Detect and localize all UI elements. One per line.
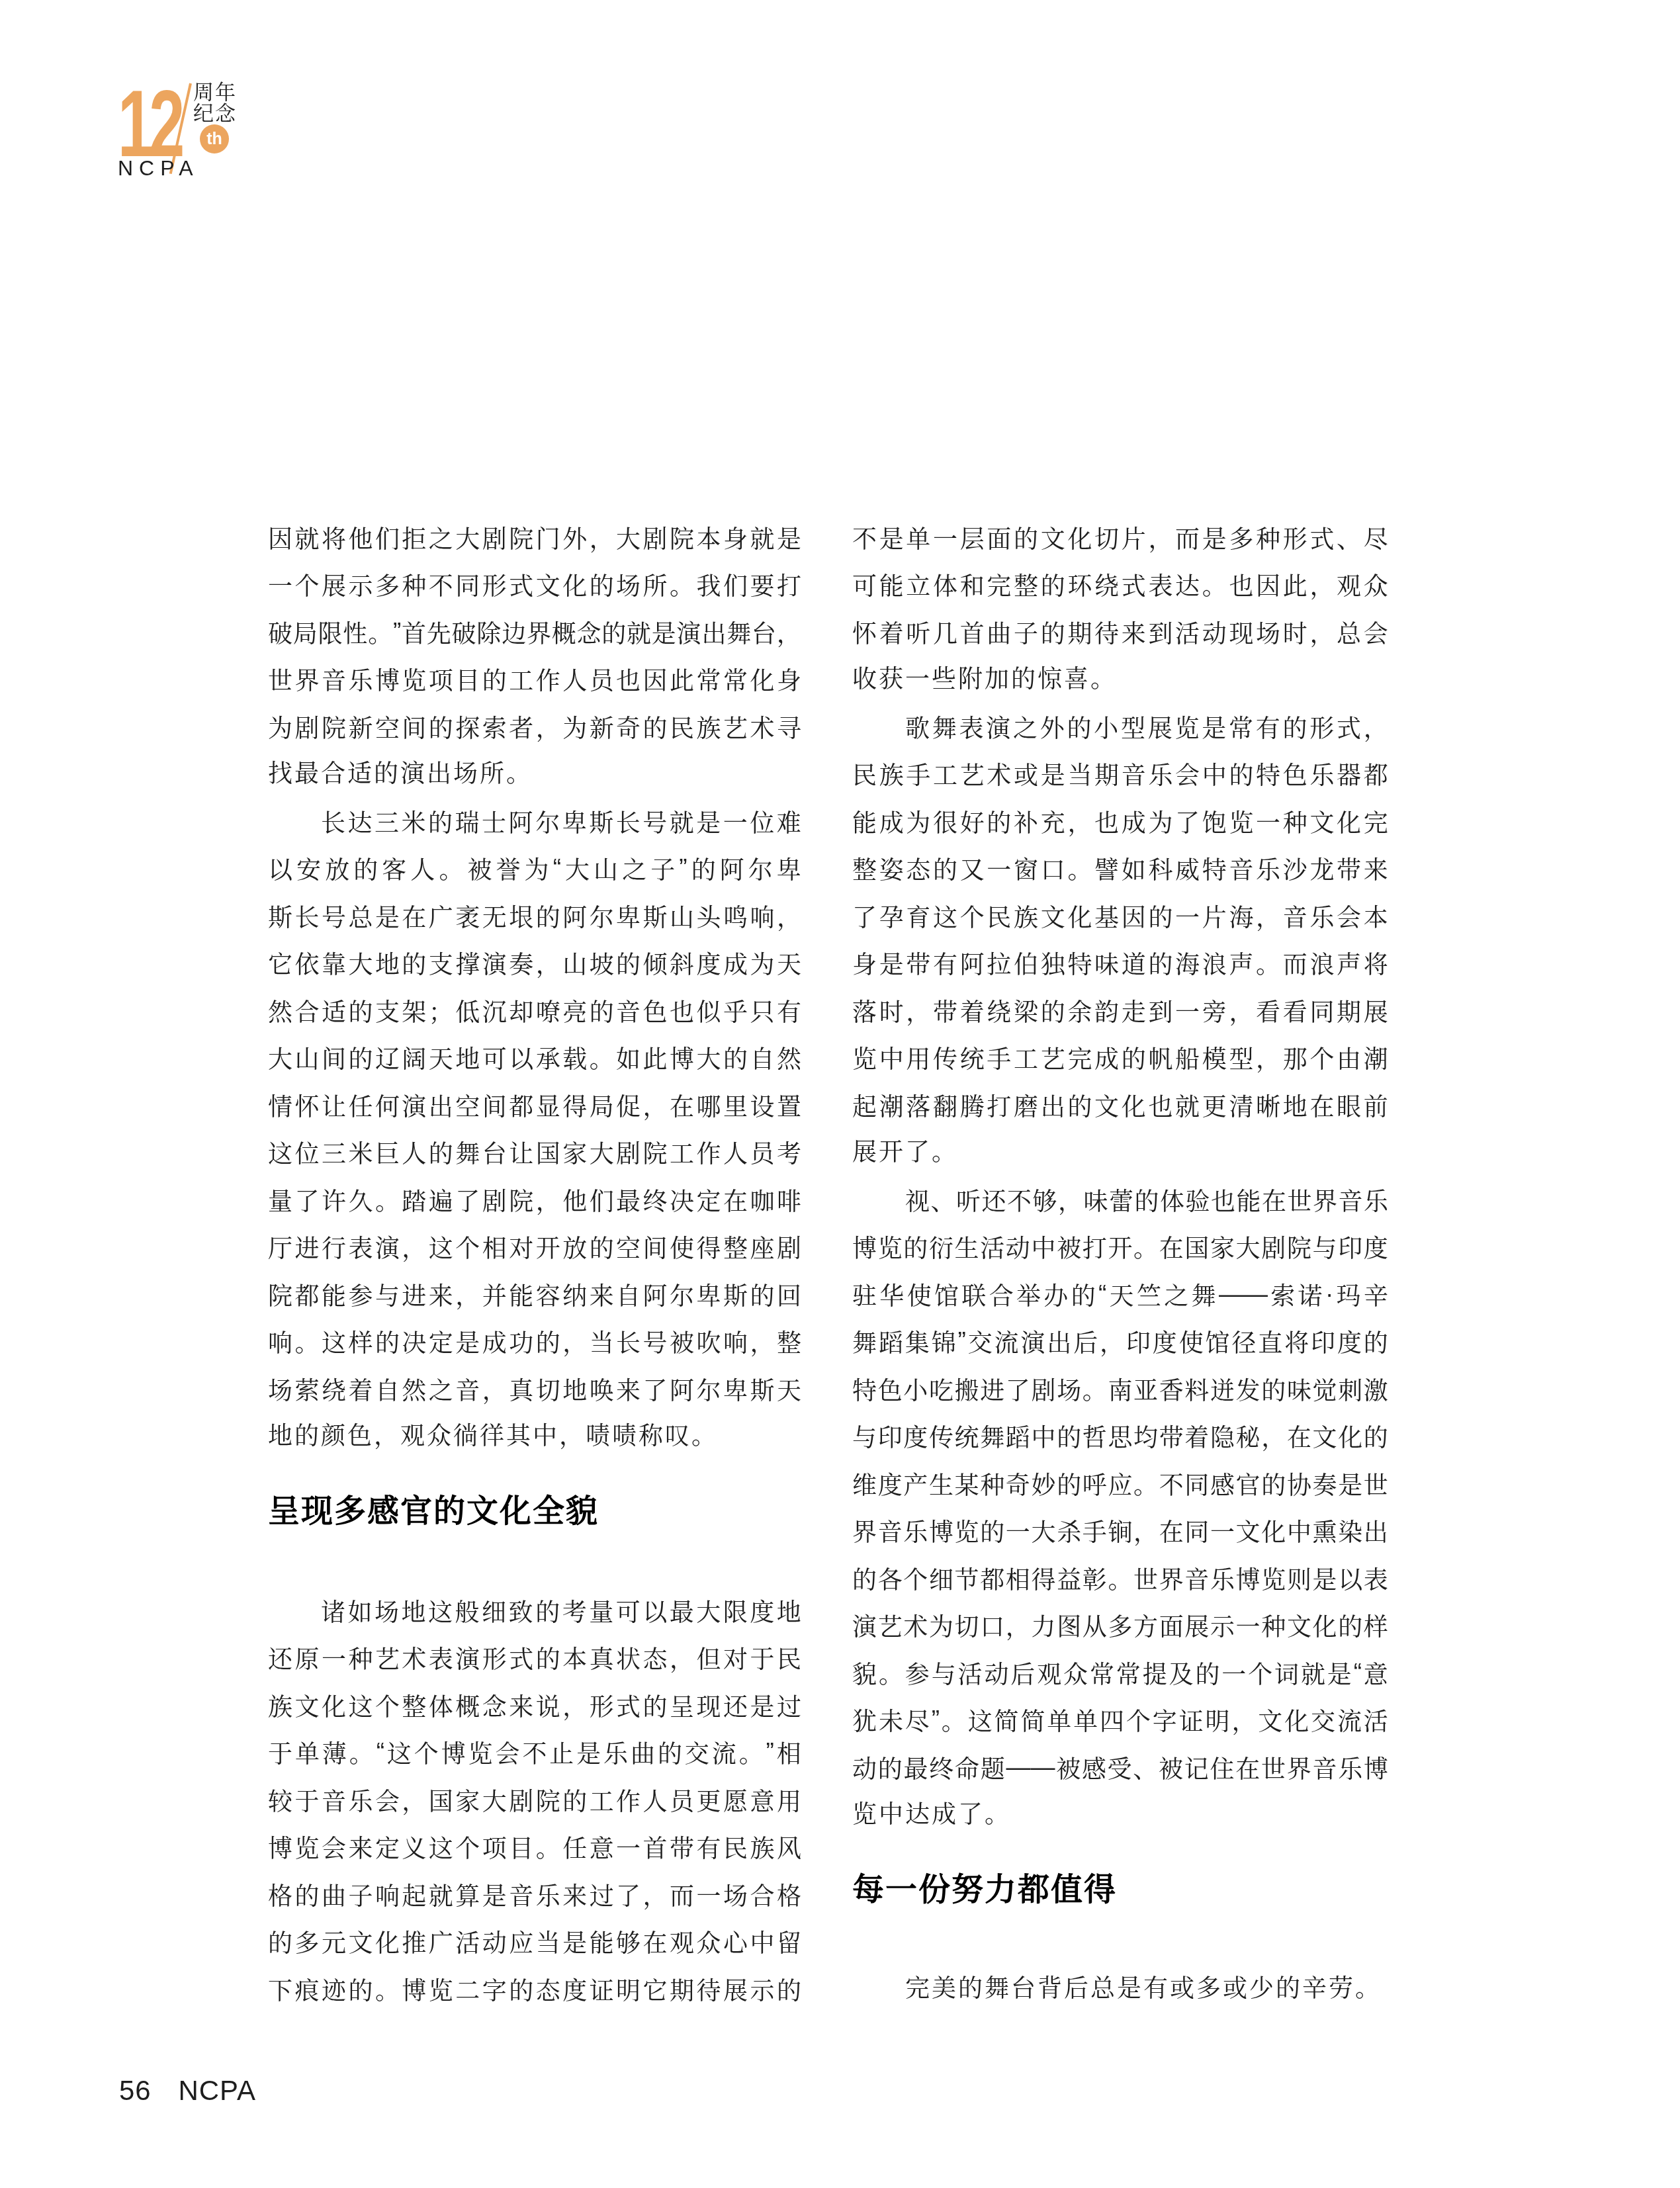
text-line: 览中达成了。 bbox=[852, 1791, 1388, 1839]
text-line: 视、听还不够，味蕾的体验也能在世界音乐 bbox=[852, 1176, 1388, 1223]
left-column: 因就将他们拒之大剧院门外，大剧院本身就是一个展示多种不同形式文化的场所。我们要打… bbox=[268, 513, 801, 2013]
text-line: 驻华使馆联合举办的“天竺之舞——索诺·玛辛 bbox=[852, 1270, 1388, 1318]
text-line: 舞蹈集锦”交流演出后，印度使馆径直将印度的 bbox=[852, 1318, 1388, 1366]
text-line: 大山间的辽阔天地可以承载。如此博大的自然 bbox=[268, 1034, 801, 1082]
text-line: 整姿态的又一窗口。譬如科威特音乐沙龙带来 bbox=[852, 845, 1388, 893]
text-line: 收获一些附加的惊喜。 bbox=[852, 656, 1388, 703]
text-line: 下痕迹的。博览二字的态度证明它期待展示的 bbox=[268, 1965, 801, 2013]
text-line: 博览的衍生活动中被打开。在国家大剧院与印度 bbox=[852, 1223, 1388, 1271]
text-line: 博览会来定义这个项目。任意一首带有民族风 bbox=[268, 1823, 801, 1871]
text-line: 这位三米巨人的舞台让国家大剧院工作人员考 bbox=[268, 1129, 801, 1176]
text-line: 于单薄。“这个博览会不止是乐曲的交流。”相 bbox=[268, 1729, 801, 1776]
text-line: 地的颜色，观众徜徉其中，啧啧称叹。 bbox=[268, 1413, 801, 1460]
text-line: 怀着听几首曲子的期待来到活动现场时，总会 bbox=[852, 608, 1388, 656]
text-line: 然合适的支架；低沉却嘹亮的音色也似乎只有 bbox=[268, 986, 801, 1034]
text-line: 落时，带着绕梁的余韵走到一旁，看看同期展 bbox=[852, 986, 1388, 1034]
text-line: 犹未尽”。这简简单单四个字证明，文化交流活 bbox=[852, 1696, 1388, 1744]
text-line: 特色小吃搬进了剧场。南亚香料迸发的味觉刺激 bbox=[852, 1365, 1388, 1413]
text-line: 动的最终命题——被感受、被记住在世界音乐博 bbox=[852, 1743, 1388, 1791]
text-line: 演艺术为切口，力图从多方面展示一种文化的样 bbox=[852, 1602, 1388, 1649]
anniversary-line-1: 周年 bbox=[193, 82, 237, 103]
text-line: 量了许久。踏遍了剧院，他们最终决定在咖啡 bbox=[268, 1176, 801, 1223]
text-line: 身是带有阿拉伯独特味道的海浪声。而浪声将 bbox=[852, 940, 1388, 987]
text-line: 能成为很好的补充，也成为了饱览一种文化完 bbox=[852, 797, 1388, 845]
text-line: 可能立体和完整的环绕式表达。也因此，观众 bbox=[852, 561, 1388, 609]
text-line: 起潮落翻腾打磨出的文化也就更清晰地在眼前 bbox=[852, 1081, 1388, 1129]
logo-th-badge: th bbox=[200, 124, 229, 153]
text-line: 为剧院新空间的探索者，为新奇的民族艺术寻 bbox=[268, 703, 801, 750]
page-number: 56 bbox=[119, 2075, 152, 2106]
text-line: 较于音乐会，国家大剧院的工作人员更愿意用 bbox=[268, 1776, 801, 1823]
text-line: 不是单一层面的文化切片，而是多种形式、尽 bbox=[852, 513, 1388, 561]
text-line: 的多元文化推广活动应当是能够在观众心中留 bbox=[268, 1918, 801, 1966]
text-line: 诸如场地这般细致的考量可以最大限度地 bbox=[268, 1587, 801, 1634]
text-line: 找最合适的演出场所。 bbox=[268, 750, 801, 798]
text-line: 院都能参与进来，并能容纳来自阿尔卑斯的回 bbox=[268, 1270, 801, 1318]
text-line: 场萦绕着自然之音，真切地唤来了阿尔卑斯天 bbox=[268, 1365, 801, 1413]
magazine-page: 12 周年 纪念 th NCPA 因就将他们拒之大剧院门外，大剧院本身就是一个展… bbox=[0, 0, 1680, 2188]
text-line: 斯长号总是在广袤无垠的阿尔卑斯山头鸣响， bbox=[268, 892, 801, 940]
text-line: 格的曲子响起就算是音乐来过了，而一场合格 bbox=[268, 1870, 801, 1918]
text-line: 的各个细节都相得益彰。世界音乐博览则是以表 bbox=[852, 1554, 1388, 1602]
ncpa-logo: 12 周年 纪念 th NCPA bbox=[118, 81, 283, 200]
text-line: 世界音乐博览项目的工作人员也因此常常化身 bbox=[268, 656, 801, 703]
th-label: th bbox=[206, 130, 222, 149]
text-line: 貌。参与活动后观众常常提及的一个词就是“意 bbox=[852, 1649, 1388, 1696]
text-line: 因就将他们拒之大剧院门外，大剧院本身就是 bbox=[268, 513, 801, 561]
text-line: 一个展示多种不同形式文化的场所。我们要打 bbox=[268, 561, 801, 609]
text-line: 以安放的客人。被誉为“大山之子”的阿尔卑 bbox=[268, 845, 801, 893]
section-heading: 呈现多感官的文化全貌 bbox=[268, 1491, 801, 1532]
right-column: 不是单一层面的文化切片，而是多种形式、尽可能立体和完整的环绕式表达。也因此，观众… bbox=[852, 513, 1388, 2013]
text-line: 还原一种艺术表演形式的本真状态，但对于民 bbox=[268, 1634, 801, 1682]
text-line: 它依靠大地的支撑演奏，山坡的倾斜度成为天 bbox=[268, 940, 801, 987]
text-line: 厅进行表演，这个相对开放的空间使得整座剧 bbox=[268, 1223, 801, 1271]
footer-brand: NCPA bbox=[178, 2075, 256, 2106]
text-line: 长达三米的瑞士阿尔卑斯长号就是一位难 bbox=[268, 797, 801, 845]
text-line: 情怀让任何演出空间都显得局促，在哪里设置 bbox=[268, 1081, 801, 1129]
text-line: 展开了。 bbox=[852, 1129, 1388, 1176]
section-heading: 每一份努力都值得 bbox=[852, 1870, 1388, 1911]
text-line: 维度产生某种奇妙的呼应。不同感官的协奏是世 bbox=[852, 1460, 1388, 1507]
text-line: 览中用传统手工艺完成的帆船模型，那个由潮 bbox=[852, 1034, 1388, 1082]
logo-anniversary-text: 周年 纪念 bbox=[193, 82, 237, 124]
anniversary-line-2: 纪念 bbox=[193, 103, 237, 124]
page-footer: 56 NCPA bbox=[119, 2075, 256, 2107]
text-line: 民族手工艺术或是当期音乐会中的特色乐器都 bbox=[852, 750, 1388, 798]
text-line: 族文化这个整体概念来说，形式的呈现还是过 bbox=[268, 1681, 801, 1729]
logo-brand-text: NCPA bbox=[118, 156, 199, 181]
text-line: 完美的舞台背后总是有或多或少的辛劳。 bbox=[852, 1965, 1388, 2013]
text-line: 与印度传统舞蹈中的哲思均带着隐秘，在文化的 bbox=[852, 1413, 1388, 1460]
text-line: 歌舞表演之外的小型展览是常有的形式， bbox=[852, 703, 1388, 750]
text-line: 响。这样的决定是成功的，当长号被吹响，整 bbox=[268, 1318, 801, 1366]
text-line: 了孕育这个民族文化基因的一片海，音乐会本 bbox=[852, 892, 1388, 940]
text-line: 界音乐博览的一大杀手锏，在同一文化中熏染出 bbox=[852, 1507, 1388, 1555]
text-line: 破局限性。”首先破除边界概念的就是演出舞台， bbox=[268, 608, 801, 656]
